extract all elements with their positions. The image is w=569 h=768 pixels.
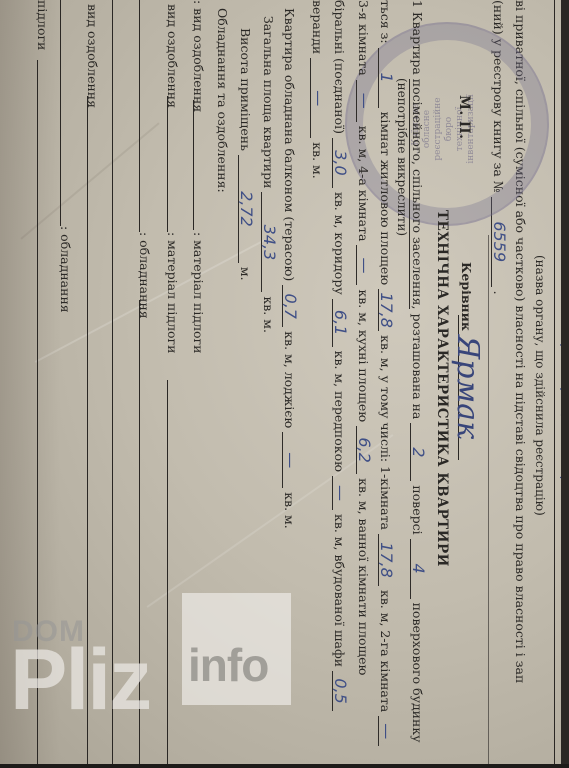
- seal-label: М. П.: [457, 95, 471, 139]
- watermark-info: info: [188, 638, 268, 692]
- finish-row-1: : вид оздоблення: [191, 0, 205, 112]
- rule-line: [488, 235, 489, 768]
- finish-row-2: вид оздоблення: [165, 4, 179, 108]
- page-title: ТЕХНІЧНА ХАРАКТЕРИСТИКА КВАРТИРИ: [435, 210, 449, 567]
- rule-line: [60, 0, 61, 226]
- closet-area: 0,5: [332, 671, 347, 711]
- rule-line: [193, 100, 194, 230]
- document-photo: ...реєстраційне бюро (назва органу, що з…: [0, 0, 569, 768]
- ceiling-height-value: 2,72: [238, 155, 253, 263]
- ceiling-height-line: Висота приміщень 2,72 м.: [238, 28, 253, 281]
- finish-row-6: підлоги: [35, 0, 49, 50]
- signature: Ярмак: [450, 335, 485, 439]
- head-label: Керівник: [459, 262, 473, 331]
- room2-area: —: [378, 716, 393, 746]
- finish-row-1-b: : матеріал підлоги: [191, 232, 205, 353]
- kitchen-area: 6,2: [356, 426, 371, 474]
- living-area: 17,8: [378, 289, 393, 331]
- authority-caption: (назва органу, що здійснила реєстрацію): [533, 255, 547, 516]
- floor-value: 2: [410, 423, 425, 481]
- room4-area: —: [356, 245, 371, 285]
- veranda-line: веранди — кв. м.: [310, 0, 325, 179]
- total-area-line: Загальна площа квартири 34,3 кв. м.: [261, 16, 276, 333]
- total-area-value: 34,3: [261, 192, 276, 292]
- finish-row-4: вид оздоблення: [85, 4, 99, 108]
- balcony-line: Квартира обладнана балконом (терасою) 0,…: [282, 8, 297, 529]
- rooms-count: 1: [378, 48, 393, 108]
- corridor-area: 6,1: [332, 299, 347, 347]
- photo-edge: [0, 764, 569, 768]
- equipment-title: Обладнання та оздоблення:: [215, 8, 229, 193]
- official-stamp: ...Київське обласне реєстраційне бюро те…: [345, 22, 549, 226]
- photo-edge: [561, 0, 569, 768]
- wc-area: 3,0: [332, 138, 347, 188]
- rooms-kitchen-line: 3-я кімната — кв. м, 4-а кімната — кв. м…: [356, 0, 371, 675]
- strike-note: (непотрібне викреслити): [395, 78, 409, 236]
- veranda-area: —: [310, 58, 325, 138]
- rule-line: [167, 96, 168, 232]
- apartment-location-line: 1 Квартира посімейного, спільного заселе…: [410, 0, 425, 742]
- balcony-area: 0,7: [282, 285, 297, 327]
- room1-area: 17,8: [378, 534, 393, 586]
- watermark-pliz: Pliz: [10, 640, 150, 720]
- room3-area: —: [356, 80, 371, 122]
- rooms-line: ться з: 1 кімнат житловою площею 17,8 кв…: [378, 0, 393, 746]
- hall-area: —: [332, 476, 347, 510]
- loggia-area: —: [282, 432, 297, 488]
- finish-row-2-b: : матеріал підлоги: [165, 232, 179, 353]
- rule-line: [139, 0, 140, 232]
- wc-corridor-line: біральні (поєднаної) 3,0 кв. м, коридору…: [332, 0, 347, 711]
- rule-line: [167, 380, 168, 768]
- finish-row-5-b: : обладнання: [58, 226, 72, 313]
- rule-line: [554, 0, 555, 768]
- total-floors-value: 4: [410, 539, 425, 599]
